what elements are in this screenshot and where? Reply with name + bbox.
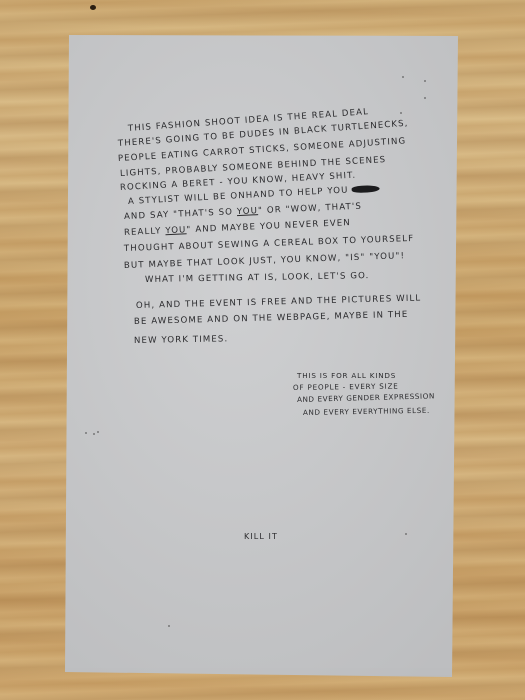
redaction-blot xyxy=(351,185,379,193)
underlined-word: you xyxy=(165,225,187,236)
side-note-line: This is for all kinds xyxy=(297,372,396,379)
note-text: really xyxy=(124,226,166,238)
paper-speck xyxy=(402,76,404,78)
paper-speck xyxy=(405,533,407,535)
paper-speck xyxy=(424,80,426,82)
paper-speck xyxy=(168,625,170,627)
note-line: New York Times. xyxy=(134,335,228,345)
underlined-word: you xyxy=(237,206,259,217)
paper-shading xyxy=(0,0,525,700)
signoff: Kill it xyxy=(244,533,278,541)
paper-speck xyxy=(97,431,99,433)
side-note-line: and every everything else. xyxy=(303,407,430,416)
wood-knot xyxy=(90,5,96,10)
paper-speck xyxy=(93,433,95,435)
paper-speck xyxy=(424,97,426,99)
side-note-line: of people - every size xyxy=(293,383,399,392)
paper-speck xyxy=(85,432,87,434)
paper-speck xyxy=(400,112,402,114)
